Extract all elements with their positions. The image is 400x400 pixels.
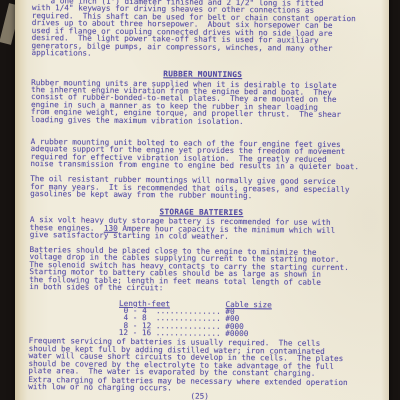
cable-size-table: Length-feetCable size 0 - 4 ............… — [29, 298, 372, 339]
rubber-mountings-heading: RUBBER MOUNTINGS — [31, 68, 374, 79]
storage-batteries-paragraph-4: Extra charging of batteries may be neces… — [28, 375, 371, 393]
storage-batteries-paragraph-1: A six volt heavy duty storage battery is… — [30, 216, 373, 242]
intro-paragraph: a one inch (1") diameter finished and 2 … — [31, 0, 375, 59]
storage-batteries-paragraph-3: Frequent servicing of batteries is usual… — [28, 337, 371, 378]
document-page: a one inch (1") diameter finished and 2 … — [15, 0, 389, 400]
rubber-mountings-paragraph-2: A rubber mounting unit bolted to each of… — [30, 137, 373, 170]
storage-batteries-paragraph-2: Batteries should be placed close to the … — [29, 245, 372, 293]
scanned-page-background: a one inch (1") diameter finished and 2 … — [0, 0, 400, 400]
rubber-mountings-paragraph-3: The oil resistant rubber mountings will … — [30, 175, 373, 201]
page-content: a one inch (1") diameter finished and 2 … — [11, 0, 389, 400]
rubber-mountings-paragraph-1: Rubber mounting units are supplied when … — [31, 78, 374, 126]
